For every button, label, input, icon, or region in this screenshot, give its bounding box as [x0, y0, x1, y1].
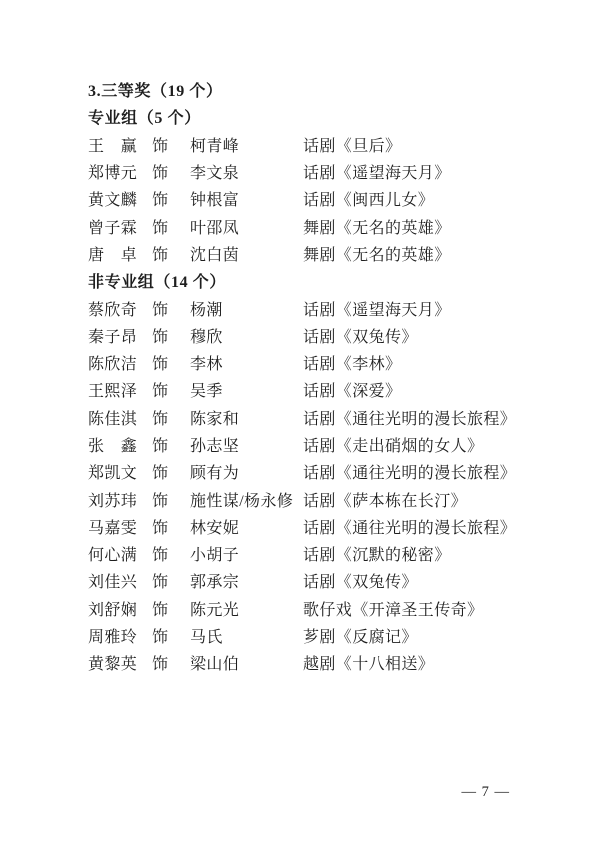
award-row: 曾子霖饰叶邵凤舞剧《无名的英雄》 [88, 212, 564, 239]
actor-name: 张 鑫 [88, 433, 152, 456]
actor-name: 黄黎英 [88, 651, 152, 674]
role-name: 小胡子 [190, 542, 303, 565]
portrays-label: 饰 [152, 651, 190, 674]
actor-name: 陈欣洁 [88, 351, 152, 374]
actor-name: 刘苏玮 [88, 488, 152, 511]
award-row: 郑凯文饰顾有为话剧《通往光明的漫长旅程》 [88, 458, 564, 485]
award-list: 3.三等奖（19 个） 专业组（5 个）王 赢饰柯青峰话剧《旦后》郑博元饰李文泉… [88, 76, 564, 677]
role-name: 叶邵凤 [190, 215, 303, 238]
work-title: 话剧《深爱》 [303, 378, 564, 401]
award-row: 郑博元饰李文泉话剧《遥望海天月》 [88, 158, 564, 185]
work-title: 话剧《通往光明的漫长旅程》 [303, 406, 564, 429]
award-row: 刘佳兴饰郭承宗话剧《双兔传》 [88, 567, 564, 594]
work-title: 芗剧《反腐记》 [303, 624, 564, 647]
award-row: 陈佳淇饰陈家和话剧《通往光明的漫长旅程》 [88, 404, 564, 431]
portrays-label: 饰 [152, 542, 190, 565]
award-row: 陈欣洁饰李林话剧《李林》 [88, 349, 564, 376]
section-title: 3.三等奖（19 个） [88, 76, 564, 103]
work-title: 话剧《萨本栋在长汀》 [303, 488, 564, 511]
portrays-label: 饰 [152, 460, 190, 483]
role-name: 林安妮 [190, 515, 303, 538]
portrays-label: 饰 [152, 215, 190, 238]
award-row: 秦子昂饰穆欣话剧《双兔传》 [88, 322, 564, 349]
portrays-label: 饰 [152, 597, 190, 620]
award-row: 王熙泽饰吴季话剧《深爱》 [88, 376, 564, 403]
work-title: 话剧《闽西儿女》 [303, 187, 564, 210]
work-title: 话剧《通往光明的漫长旅程》 [303, 460, 564, 483]
award-row: 马嘉雯饰林安妮话剧《通往光明的漫长旅程》 [88, 513, 564, 540]
work-title: 歌仔戏《开漳圣王传奇》 [303, 597, 564, 620]
work-title: 话剧《遥望海天月》 [303, 160, 564, 183]
work-title: 舞剧《无名的英雄》 [303, 215, 564, 238]
work-title: 话剧《旦后》 [303, 133, 564, 156]
actor-name: 刘佳兴 [88, 569, 152, 592]
role-name: 穆欣 [190, 324, 303, 347]
award-row: 刘舒娴饰陈元光歌仔戏《开漳圣王传奇》 [88, 595, 564, 622]
actor-name: 郑凯文 [88, 460, 152, 483]
award-row: 蔡欣奇饰杨潮话剧《遥望海天月》 [88, 294, 564, 321]
role-name: 梁山伯 [190, 651, 303, 674]
role-name: 陈家和 [190, 406, 303, 429]
work-title: 越剧《十八相送》 [303, 651, 564, 674]
work-title: 话剧《遥望海天月》 [303, 297, 564, 320]
work-title: 话剧《沉默的秘密》 [303, 542, 564, 565]
portrays-label: 饰 [152, 297, 190, 320]
award-row: 王 赢饰柯青峰话剧《旦后》 [88, 131, 564, 158]
portrays-label: 饰 [152, 324, 190, 347]
award-row: 周雅玲饰马氏芗剧《反腐记》 [88, 622, 564, 649]
portrays-label: 饰 [152, 351, 190, 374]
award-row: 黄黎英饰梁山伯越剧《十八相送》 [88, 649, 564, 676]
document-page: 3.三等奖（19 个） 专业组（5 个）王 赢饰柯青峰话剧《旦后》郑博元饰李文泉… [0, 0, 600, 848]
portrays-label: 饰 [152, 569, 190, 592]
portrays-label: 饰 [152, 378, 190, 401]
role-name: 沈白茵 [190, 242, 303, 265]
work-title: 舞剧《无名的英雄》 [303, 242, 564, 265]
actor-name: 曾子霖 [88, 215, 152, 238]
actor-name: 周雅玲 [88, 624, 152, 647]
actor-name: 陈佳淇 [88, 406, 152, 429]
work-title: 话剧《双兔传》 [303, 569, 564, 592]
portrays-label: 饰 [152, 187, 190, 210]
role-name: 杨潮 [190, 297, 303, 320]
group-heading: 非专业组（14 个） [88, 267, 564, 294]
award-row: 黄文麟饰钟根富话剧《闽西儿女》 [88, 185, 564, 212]
role-name: 李文泉 [190, 160, 303, 183]
work-title: 话剧《通往光明的漫长旅程》 [303, 515, 564, 538]
actor-name: 黄文麟 [88, 187, 152, 210]
portrays-label: 饰 [152, 515, 190, 538]
portrays-label: 饰 [152, 624, 190, 647]
actor-name: 唐 卓 [88, 242, 152, 265]
actor-name: 秦子昂 [88, 324, 152, 347]
actor-name: 郑博元 [88, 160, 152, 183]
role-name: 陈元光 [190, 597, 303, 620]
actor-name: 蔡欣奇 [88, 297, 152, 320]
award-row: 唐 卓饰沈白茵舞剧《无名的英雄》 [88, 240, 564, 267]
actor-name: 刘舒娴 [88, 597, 152, 620]
actor-name: 王熙泽 [88, 378, 152, 401]
actor-name: 马嘉雯 [88, 515, 152, 538]
group-heading: 专业组（5 个） [88, 103, 564, 130]
role-name: 钟根富 [190, 187, 303, 210]
actor-name: 何心满 [88, 542, 152, 565]
award-row: 刘苏玮饰施性谋/杨永修话剧《萨本栋在长汀》 [88, 485, 564, 512]
role-name: 李林 [190, 351, 303, 374]
portrays-label: 饰 [152, 433, 190, 456]
actor-name: 王 赢 [88, 133, 152, 156]
role-name: 郭承宗 [190, 569, 303, 592]
portrays-label: 饰 [152, 133, 190, 156]
work-title: 话剧《双兔传》 [303, 324, 564, 347]
role-name: 孙志坚 [190, 433, 303, 456]
work-title: 话剧《走出硝烟的女人》 [303, 433, 564, 456]
award-groups: 专业组（5 个）王 赢饰柯青峰话剧《旦后》郑博元饰李文泉话剧《遥望海天月》黄文麟… [88, 103, 564, 676]
portrays-label: 饰 [152, 160, 190, 183]
portrays-label: 饰 [152, 488, 190, 511]
portrays-label: 饰 [152, 242, 190, 265]
role-name: 施性谋/杨永修 [190, 488, 303, 511]
role-name: 吴季 [190, 378, 303, 401]
work-title: 话剧《李林》 [303, 351, 564, 374]
portrays-label: 饰 [152, 406, 190, 429]
page-number: — 7 — [462, 784, 511, 801]
role-name: 顾有为 [190, 460, 303, 483]
award-row: 张 鑫饰孙志坚话剧《走出硝烟的女人》 [88, 431, 564, 458]
role-name: 马氏 [190, 624, 303, 647]
award-row: 何心满饰小胡子话剧《沉默的秘密》 [88, 540, 564, 567]
role-name: 柯青峰 [190, 133, 303, 156]
